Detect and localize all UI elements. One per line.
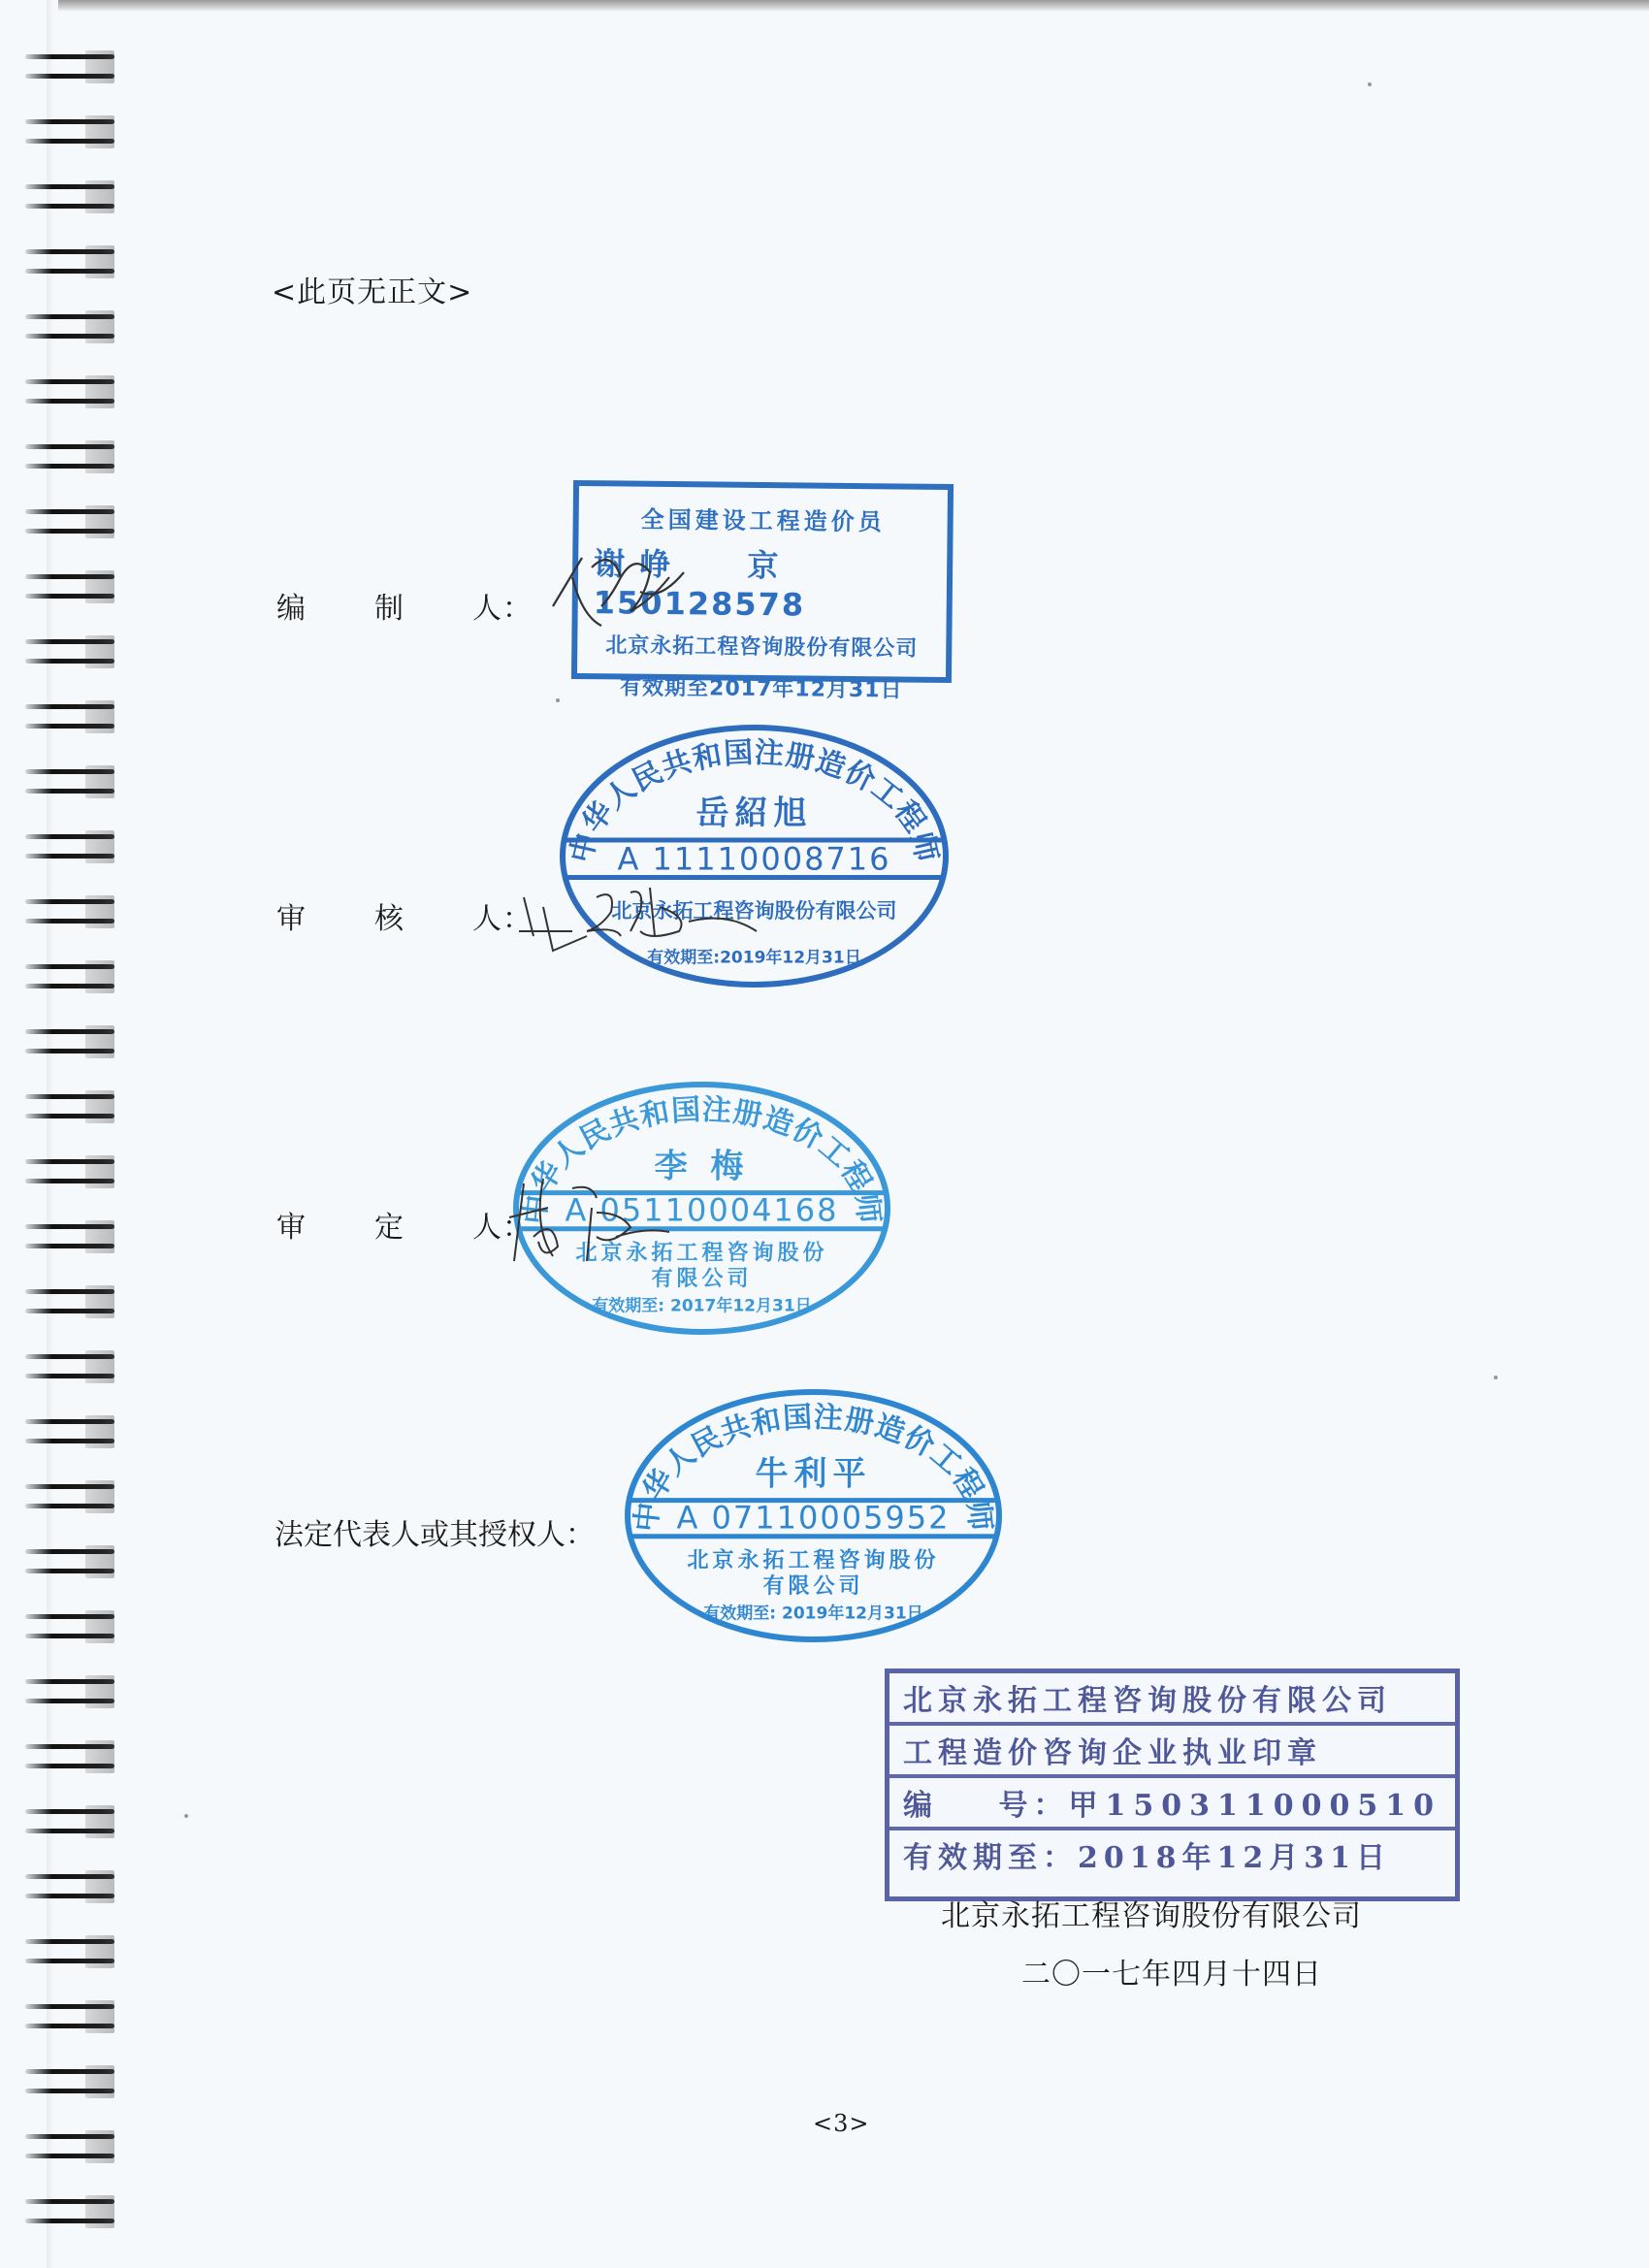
issuer-company: 北京永拓工程咨询股份有限公司	[941, 1892, 1362, 1934]
svg-text:A 07110005952: A 07110005952	[676, 1500, 950, 1537]
spiral-coil	[25, 763, 114, 806]
spiral-coil	[25, 1153, 114, 1196]
spiral-coil	[25, 373, 114, 416]
svg-text:有效期至: 2019年12月31日: 有效期至: 2019年12月31日	[703, 1604, 922, 1624]
spiral-coil	[25, 1738, 114, 1781]
spiral-coil	[25, 243, 114, 286]
approver-signature	[504, 1169, 679, 1276]
svg-text:牛利平: 牛利平	[756, 1455, 872, 1494]
spiral-coil	[25, 2128, 114, 2171]
seal-code-label: 编	[903, 1781, 938, 1824]
label-char: 制	[374, 592, 404, 626]
spiral-coil	[25, 893, 114, 936]
label-char: 定	[374, 1211, 404, 1245]
spiral-coil	[25, 1933, 114, 1976]
spiral-coil	[25, 633, 114, 676]
svg-text:A 11110008716: A 11110008716	[617, 841, 890, 878]
compiler-signature	[543, 538, 698, 635]
label-char: 核	[374, 902, 404, 936]
svg-text:北京永拓工程咨询股份: 北京永拓工程咨询股份	[687, 1548, 939, 1573]
seal-title-row: 工程造价咨询企业执业印章	[889, 1726, 1455, 1778]
spiral-coil	[25, 1218, 114, 1261]
spiral-coil	[25, 1413, 114, 1456]
label-char: 人：	[472, 592, 533, 626]
approver-label: 审定人：	[276, 1203, 533, 1246]
scan-speck	[556, 698, 560, 702]
svg-text:岳紹旭: 岳紹旭	[696, 794, 813, 833]
scan-speck	[1368, 82, 1372, 86]
spiral-coil	[25, 1283, 114, 1326]
spiral-coil	[25, 2193, 114, 2236]
page-top-edge	[58, 0, 1649, 12]
svg-text:有限公司: 有限公司	[762, 1573, 863, 1599]
spiral-coil	[25, 1348, 114, 1391]
spiral-coil	[25, 2063, 114, 2106]
spiral-coil	[25, 1803, 114, 1846]
compiler-label: 编制人：	[276, 584, 533, 627]
seal-valid-row: 有效期至：2018年12月31日	[889, 1831, 1455, 1879]
spiral-coil	[25, 113, 114, 156]
spiral-coil	[25, 49, 114, 91]
svg-text:有效期至: 2017年12月31日: 有效期至: 2017年12月31日	[592, 1296, 811, 1316]
seal-code: 甲150311000510	[1069, 1789, 1442, 1823]
spiral-coil	[25, 308, 114, 351]
spiral-coil	[25, 1478, 114, 1521]
stamp-valid-until: 有效期至2017年12月31日	[577, 670, 946, 704]
label-char: 审	[276, 902, 307, 936]
scan-speck	[1494, 1376, 1498, 1379]
seal-company-row: 北京永拓工程咨询股份有限公司	[889, 1673, 1455, 1726]
spiral-coil	[25, 1998, 114, 2041]
spiral-coil	[25, 1543, 114, 1586]
spiral-coil	[25, 1673, 114, 1716]
spiral-coil	[25, 1088, 114, 1131]
reviewer-signature	[514, 878, 766, 965]
spiral-coil	[25, 1023, 114, 1066]
no-body-note: <此页无正文>	[272, 268, 472, 310]
spiral-coil	[25, 828, 114, 871]
legal-rep-engineer-stamp: 中华人民共和国注册造价工程师牛利平A 07110005952北京永拓工程咨询股份…	[623, 1387, 1004, 1644]
spiral-coil	[25, 1868, 114, 1911]
seal-code-row: 编 号：甲150311000510	[889, 1778, 1455, 1831]
spiral-coil	[25, 568, 114, 611]
spiral-coil	[25, 958, 114, 1001]
label-char: 审	[276, 1211, 307, 1245]
legal-representative-label: 法定代表人或其授权人：	[275, 1510, 595, 1553]
spiral-coil	[25, 1608, 114, 1651]
company-practice-seal: 北京永拓工程咨询股份有限公司 工程造价咨询企业执业印章 编 号：甲1503110…	[885, 1669, 1460, 1901]
reviewer-label: 审核人：	[276, 894, 533, 937]
spiral-coil	[25, 503, 114, 546]
issue-date: 二〇一七年四月十四日	[1021, 1950, 1322, 1993]
label-char: 编	[276, 592, 307, 626]
page-number: <3>	[813, 2110, 870, 2137]
spiral-coil	[25, 438, 114, 481]
spiral-coil	[25, 698, 114, 741]
spiral-binding	[0, 0, 126, 2268]
stamp-title: 全国建设工程造价员	[579, 500, 948, 537]
spiral-coil	[25, 178, 114, 221]
seal-code-label2: 号：	[999, 1789, 1069, 1823]
scan-speck	[184, 1814, 188, 1818]
